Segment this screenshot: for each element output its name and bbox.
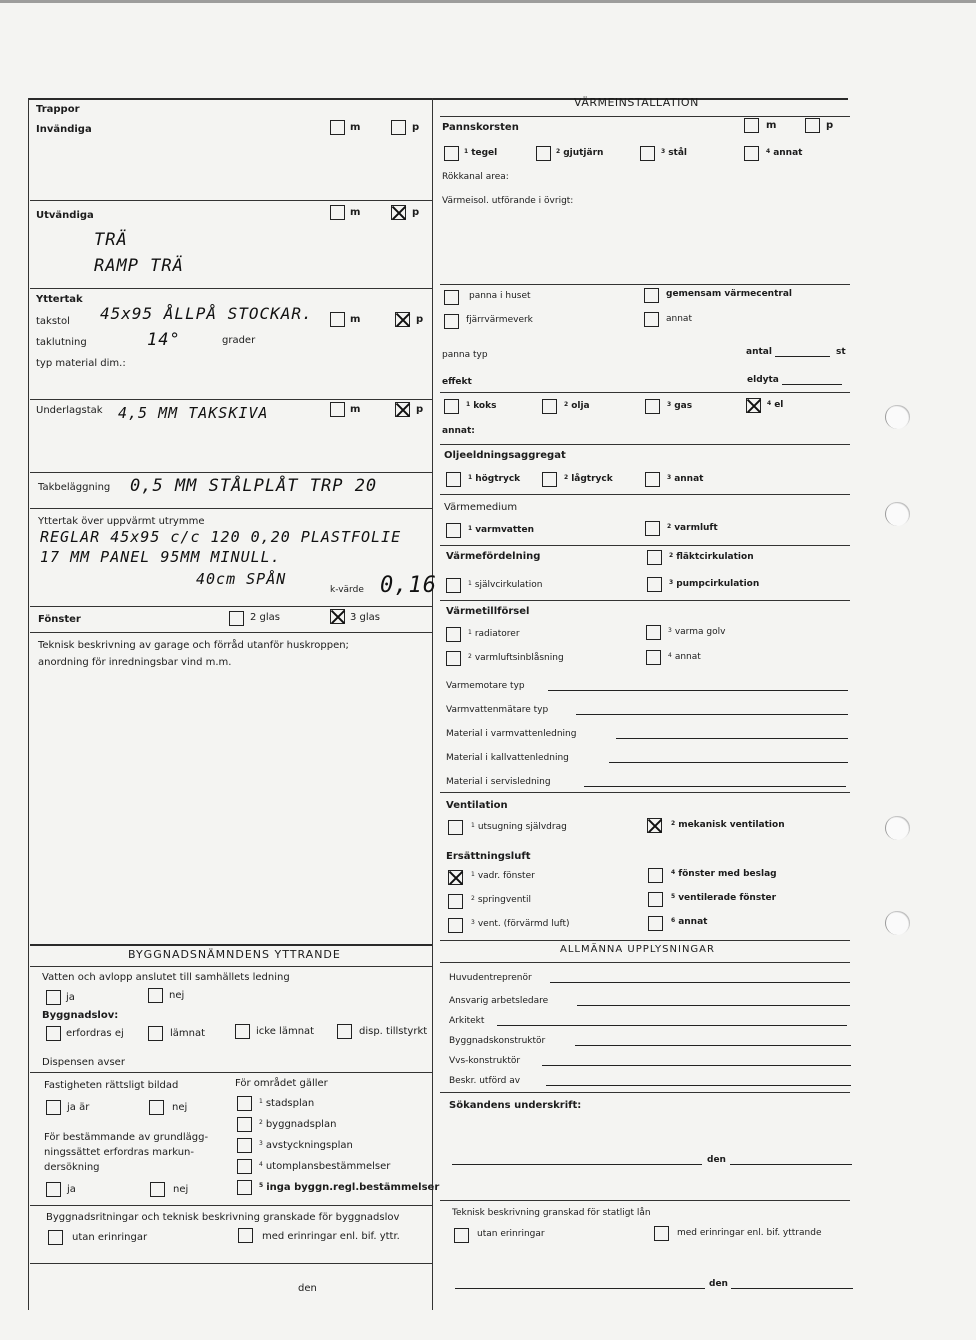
- utvandiga-handwritten-2: RAMP TRÄ: [94, 256, 184, 276]
- utvandiga-handwritten-1: TRÄ: [94, 230, 128, 250]
- eldyta-label: eldyta: [747, 375, 779, 385]
- panna-option-checkbox[interactable]: [444, 290, 459, 305]
- underlagstak-p-label: p: [416, 404, 423, 415]
- bransle-option-checkbox[interactable]: [746, 398, 761, 413]
- omradet-option-checkbox[interactable]: [237, 1117, 252, 1132]
- fonster-label: Fönster: [38, 614, 81, 625]
- scan-top-edge: [0, 0, 976, 3]
- varmefordelning-option-checkbox[interactable]: [647, 577, 662, 592]
- utvandiga-m-label: m: [350, 207, 360, 218]
- panna-option-checkbox[interactable]: [444, 314, 459, 329]
- oljeeldning-option-checkbox[interactable]: [542, 472, 557, 487]
- underskrift-field[interactable]: [452, 1164, 702, 1165]
- underlagstak-value: 4,5 MM TAKSKIVA: [118, 404, 268, 422]
- invandiga-label: Invändiga: [36, 124, 92, 135]
- varmefordelning-option-label: 3pumpcirkulation: [669, 579, 759, 589]
- grund-nej-checkbox[interactable]: [150, 1182, 165, 1197]
- beskr-utford-field[interactable]: [546, 1085, 851, 1086]
- takstol-value: 45x95 ÅLLPÅ STOCKAR.: [100, 304, 313, 323]
- varmetillforsel-option-label: 1radiatorer: [468, 629, 520, 639]
- varmetillforsel-option-label: 2varmluftsinblåsning: [468, 653, 564, 663]
- ersattningsluft-option-checkbox[interactable]: [648, 868, 663, 883]
- ersattningsluft-option-label: 4fönster med beslag: [671, 869, 777, 879]
- bygglov-option-checkbox[interactable]: [46, 1026, 61, 1041]
- underlagstak-label: Underlagstak: [36, 405, 103, 416]
- bransle-option-label: 3gas: [667, 401, 692, 411]
- pannskorsten-option-checkbox[interactable]: [640, 146, 655, 161]
- pannskorsten-option-checkbox[interactable]: [444, 146, 459, 161]
- underlagstak-m-label: m: [350, 404, 360, 415]
- bransle-option-checkbox[interactable]: [645, 399, 660, 414]
- kvarde-value: 0,16: [380, 573, 437, 598]
- pannskorsten-p-label: p: [826, 120, 833, 131]
- divider: [30, 508, 432, 509]
- divider: [30, 288, 432, 289]
- bygglov-option-label: lämnat: [170, 1028, 205, 1039]
- underskrift-date-field[interactable]: [730, 1164, 852, 1165]
- ersattningsluft-option-checkbox[interactable]: [448, 918, 463, 933]
- varmvattenmatare-label: Varmvattenmätare typ: [446, 705, 548, 715]
- yttertak-over-line-2: 17 MM PANEL 95MM MINULL.: [40, 548, 281, 566]
- ventilation-option-label: 1utsugning självdrag: [471, 822, 567, 832]
- ersattningsluft-option-checkbox[interactable]: [648, 916, 663, 931]
- varmemedium-option-checkbox[interactable]: [645, 521, 660, 536]
- divider: [440, 494, 850, 495]
- oljeeldning-option-label: 3annat: [667, 474, 703, 484]
- beskr-utford-label: Beskr. utförd av: [449, 1076, 520, 1086]
- bransle-annat-label: annat:: [442, 426, 475, 436]
- varmemotare-field[interactable]: [548, 690, 848, 691]
- ventilation-option-label: 2mekanisk ventilation: [671, 820, 785, 830]
- fonster-2glas-checkbox[interactable]: [229, 611, 244, 626]
- panna-option-label: gemensam värmecentral: [666, 289, 792, 299]
- underskrift-den-label: den: [707, 1155, 726, 1165]
- grader-label: grader: [222, 335, 255, 346]
- antal-field[interactable]: [775, 356, 830, 357]
- varmefordelning-option-checkbox[interactable]: [647, 550, 662, 565]
- divider: [440, 284, 850, 285]
- typ-material-label: typ material dim.:: [36, 358, 126, 369]
- grund-ja-label: ja: [67, 1184, 76, 1195]
- omradet-option-label: 2byggnadsplan: [259, 1119, 336, 1130]
- underskrift-label: Sökandens underskrift:: [449, 1100, 581, 1111]
- omradet-option-checkbox[interactable]: [237, 1180, 252, 1195]
- invandiga-m-checkbox[interactable]: [330, 120, 345, 135]
- pannskorsten-p-checkbox[interactable]: [805, 118, 820, 133]
- fastigheten-nej-checkbox[interactable]: [149, 1100, 164, 1115]
- varmetillforsel-option-label: 4annat: [668, 652, 701, 662]
- underlagstak-m-checkbox[interactable]: [330, 402, 345, 417]
- byggnadskonstruktor-field[interactable]: [575, 1045, 851, 1046]
- fonster-3glas-label: 3 glas: [350, 612, 380, 623]
- varmvattenledning-field[interactable]: [616, 738, 848, 739]
- statligt-utan-label: utan erinringar: [477, 1229, 545, 1239]
- kallvattenledning-label: Material i kallvattenledning: [446, 753, 569, 763]
- vatten-nej-checkbox[interactable]: [148, 988, 163, 1003]
- vatten-ja-checkbox[interactable]: [46, 990, 61, 1005]
- fastigheten-nej-label: nej: [172, 1102, 187, 1113]
- servisledning-field[interactable]: [584, 786, 846, 787]
- varmetillforsel-option-checkbox[interactable]: [646, 650, 661, 665]
- pannskorsten-option-label: 1tegel: [464, 148, 497, 158]
- bygglov-label: Byggnadslov:: [42, 1010, 118, 1021]
- utvandiga-p-checkbox[interactable]: [391, 205, 406, 220]
- ersattningsluft-option-label: 5ventilerade fönster: [671, 893, 776, 903]
- bransle-option-label: 1koks: [466, 401, 496, 411]
- varmvattenmatare-field[interactable]: [576, 714, 848, 715]
- divider: [30, 1263, 432, 1264]
- bygglov-option-checkbox[interactable]: [337, 1024, 352, 1039]
- oljeeldning-option-label: 1högtryck: [468, 474, 520, 484]
- rokkanal-label: Rökkanal area:: [442, 172, 509, 182]
- grund-nej-label: nej: [173, 1184, 188, 1195]
- panna-option-checkbox[interactable]: [644, 288, 659, 303]
- oljeeldning-option-label: 2lågtryck: [564, 474, 613, 484]
- vvs-konstruktor-label: Vvs-konstruktör: [449, 1056, 520, 1066]
- huvudentreprenor-label: Huvudentreprenör: [449, 973, 532, 983]
- ansvarig-field[interactable]: [577, 1005, 850, 1006]
- varmefordelning-option-label: 2fläktcirkulation: [669, 552, 754, 562]
- divider: [30, 399, 432, 400]
- taklutning-value: 14°: [147, 330, 181, 350]
- punch-hole: [885, 502, 910, 526]
- varmetillforsel-option-checkbox[interactable]: [646, 625, 661, 640]
- ersattningsluft-option-label: 6annat: [671, 917, 707, 927]
- panna-typ-label: panna typ: [442, 350, 488, 360]
- omradet-option-label: 1stadsplan: [259, 1098, 314, 1109]
- panna-option-label: fjärrvärmeverk: [466, 315, 533, 325]
- ventilation-option-checkbox[interactable]: [647, 818, 662, 833]
- taklutning-label: taklutning: [36, 337, 87, 348]
- divider: [440, 600, 850, 601]
- yttertak-title: Yttertak: [36, 294, 83, 305]
- omradet-option-label: 4utomplansbestämmelser: [259, 1161, 390, 1172]
- divider: [30, 472, 432, 473]
- yttertak-p-checkbox[interactable]: [395, 312, 410, 327]
- invandiga-p-label: p: [412, 122, 419, 133]
- ersattningsluft-option-checkbox[interactable]: [448, 870, 463, 885]
- ritningar-med-label: med erinringar enl. bif. yttr.: [262, 1231, 400, 1242]
- takbelaggning-value: 0,5 MM STÅLPLÅT TRP 20: [130, 476, 377, 496]
- panna-option-label: annat: [666, 314, 692, 324]
- statligt-med-label: med erinringar enl. bif. yttrande: [677, 1228, 821, 1238]
- divider: [30, 944, 432, 946]
- statligt-utan-checkbox[interactable]: [454, 1228, 469, 1243]
- divider: [30, 632, 432, 633]
- panna-option-checkbox[interactable]: [644, 312, 659, 327]
- omradet-option-label: 3avstyckningsplan: [259, 1140, 353, 1151]
- varmemedium-option-label: 2varmluft: [667, 523, 718, 533]
- ritningar-label: Byggnadsritningar och teknisk beskrivnin…: [46, 1212, 399, 1223]
- grund-ja-checkbox[interactable]: [46, 1182, 61, 1197]
- fastigheten-ja-checkbox[interactable]: [46, 1100, 61, 1115]
- bygglov-option-label: disp. tillstyrkt: [359, 1026, 427, 1037]
- bransle-option-label: 2olja: [564, 401, 590, 411]
- pannskorsten-option-label: 2gjutjärn: [556, 148, 603, 158]
- byggnadskonstruktor-label: Byggnadskonstruktör: [449, 1036, 545, 1046]
- vvs-konstruktor-field[interactable]: [542, 1065, 851, 1066]
- form-left-border: [28, 98, 29, 1310]
- bransle-option-checkbox[interactable]: [542, 399, 557, 414]
- vatten-ja-label: ja: [66, 992, 75, 1003]
- bygglov-option-checkbox[interactable]: [148, 1026, 163, 1041]
- divider: [440, 792, 850, 793]
- column-divider: [432, 98, 433, 1310]
- statligt-date-field[interactable]: [731, 1288, 853, 1289]
- vatten-nej-label: nej: [169, 990, 184, 1001]
- ersattningsluft-option-checkbox[interactable]: [648, 892, 663, 907]
- invandiga-p-checkbox[interactable]: [391, 120, 406, 135]
- servisledning-label: Material i servisledning: [446, 777, 551, 787]
- kallvattenledning-field[interactable]: [609, 762, 848, 763]
- statligt-den-label: den: [709, 1279, 728, 1289]
- ritningar-utan-checkbox[interactable]: [48, 1230, 63, 1245]
- varmetillforsel-label: Värmetillförsel: [446, 606, 529, 617]
- fastigheten-label: Fastigheten rättsligt bildad: [44, 1080, 178, 1091]
- ritningar-den-label: den: [298, 1283, 317, 1294]
- oljeeldning-option-checkbox[interactable]: [645, 472, 660, 487]
- divider: [440, 1200, 850, 1201]
- varmemedium-label: Värmemedium: [444, 502, 517, 513]
- divider: [30, 1205, 432, 1206]
- invandiga-m-label: m: [350, 122, 360, 133]
- varmemedium-option-checkbox[interactable]: [446, 523, 461, 538]
- punch-hole: [885, 405, 910, 429]
- omradet-option-checkbox[interactable]: [237, 1096, 252, 1111]
- varmetillforsel-option-checkbox[interactable]: [446, 651, 461, 666]
- antal-label: antal: [746, 347, 772, 357]
- ersattningsluft-label: Ersättningsluft: [446, 851, 530, 862]
- fonster-3glas-checkbox[interactable]: [330, 609, 345, 624]
- pannskorsten-option-label: 3stål: [661, 148, 687, 158]
- yttertak-over-line-1: REGLAR 45x95 c/c 120 0,20 PLASTFOLIE: [40, 528, 401, 546]
- yttertak-m-label: m: [350, 314, 360, 325]
- omradet-option-checkbox[interactable]: [237, 1138, 252, 1153]
- st-label: st: [836, 347, 846, 357]
- arkitekt-field[interactable]: [497, 1025, 847, 1026]
- bygglov-option-label: erfordras ej: [66, 1028, 124, 1039]
- ersattningsluft-option-label: 3vent. (förvärmd luft): [471, 919, 570, 929]
- varmemedium-option-label: 1varmvatten: [468, 525, 534, 535]
- fastigheten-ja-label: ja är: [67, 1102, 89, 1113]
- varmeisol-label: Värmeisol. utförande i övrigt:: [442, 196, 573, 206]
- varmemotare-label: Varmemotare typ: [446, 681, 525, 691]
- yttertak-p-label: p: [416, 314, 423, 325]
- kvarde-label: k-värde: [330, 585, 364, 595]
- utvandiga-m-checkbox[interactable]: [330, 205, 345, 220]
- pannskorsten-option-label: 4annat: [766, 148, 802, 158]
- divider: [440, 940, 850, 941]
- varmeinstallation-title: VÄRMEINSTALLATION: [574, 96, 699, 109]
- varmetillforsel-option-checkbox[interactable]: [446, 627, 461, 642]
- divider: [30, 966, 432, 967]
- utvandiga-label: Utvändiga: [36, 210, 94, 221]
- ritningar-med-checkbox[interactable]: [238, 1228, 253, 1243]
- grund-line-3: dersökning: [44, 1162, 100, 1173]
- takstol-label: takstol: [36, 316, 70, 327]
- varmetillforsel-option-label: 3varma golv: [668, 627, 725, 637]
- bygglov-option-checkbox[interactable]: [235, 1024, 250, 1039]
- pannskorsten-m-checkbox[interactable]: [744, 118, 759, 133]
- pannskorsten-option-checkbox[interactable]: [744, 146, 759, 161]
- varmvattenledning-label: Material i varmvattenledning: [446, 729, 576, 739]
- ansvarig-label: Ansvarig arbetsledare: [449, 996, 548, 1006]
- yttertak-over-line-3: 40cm SPÅN: [196, 570, 286, 588]
- utvandiga-p-label: p: [412, 207, 419, 218]
- teknisk-line-2: anordning för inredningsbar vind m.m.: [38, 657, 231, 668]
- yttertak-over-label: Yttertak över uppvärmt utrymme: [38, 516, 205, 527]
- varmefordelning-label: Värmefördelning: [446, 551, 540, 562]
- panna-option-label: panna i huset: [466, 291, 531, 301]
- grund-line-1: För bestämmande av grundlägg-: [44, 1132, 208, 1143]
- pannskorsten-m-label: m: [766, 120, 776, 131]
- omradet-option-label: 5inga byggn.regl.bestämmelser: [259, 1182, 439, 1193]
- effekt-label: effekt: [442, 377, 472, 387]
- varmefordelning-option-checkbox[interactable]: [446, 578, 461, 593]
- divider: [440, 392, 850, 393]
- divider: [440, 1092, 850, 1093]
- teknisk-line-1: Teknisk beskrivning av garage och förråd…: [38, 640, 349, 651]
- bygglov-option-label: icke lämnat: [256, 1026, 314, 1037]
- divider: [440, 962, 850, 963]
- statligt-med-checkbox[interactable]: [654, 1226, 669, 1241]
- omradet-label: För området gäller: [235, 1078, 328, 1089]
- bransle-option-label: 4el: [767, 400, 783, 410]
- bransle-option-checkbox[interactable]: [444, 399, 459, 414]
- statligt-label: Teknisk beskrivning granskad för statlig…: [452, 1208, 651, 1218]
- huvudentreprenor-field[interactable]: [550, 982, 850, 983]
- varmefordelning-option-label: 1självcirkulation: [468, 580, 542, 590]
- eldyta-field[interactable]: [782, 384, 842, 385]
- ventilation-label: Ventilation: [446, 800, 508, 811]
- ersattningsluft-option-checkbox[interactable]: [448, 894, 463, 909]
- byggnadsnamnd-title: BYGGNADSNÄMNDENS YTTRANDE: [128, 948, 341, 961]
- allmanna-title: ALLMÄNNA UPPLYSNINGAR: [560, 944, 715, 955]
- divider: [30, 606, 432, 607]
- form-top-border: [28, 98, 848, 100]
- punch-hole: [885, 816, 910, 840]
- statligt-signature-field[interactable]: [455, 1288, 705, 1289]
- underlagstak-p-checkbox[interactable]: [395, 402, 410, 417]
- punch-hole: [885, 911, 910, 935]
- grund-line-2: ningssättet erfordras markun-: [44, 1147, 194, 1158]
- divider: [30, 1072, 432, 1073]
- divider: [440, 545, 850, 546]
- ersattningsluft-option-label: 2springventil: [471, 895, 531, 905]
- ventilation-option-checkbox[interactable]: [448, 820, 463, 835]
- divider: [440, 444, 850, 445]
- oljeeldning-option-checkbox[interactable]: [446, 472, 461, 487]
- divider: [440, 116, 850, 117]
- yttertak-m-checkbox[interactable]: [330, 312, 345, 327]
- omradet-option-checkbox[interactable]: [237, 1159, 252, 1174]
- ritningar-utan-label: utan erinringar: [72, 1232, 147, 1243]
- arkitekt-label: Arkitekt: [449, 1016, 484, 1026]
- oljeeldning-label: Oljeeldningsaggregat: [444, 450, 566, 461]
- pannskorsten-label: Pannskorsten: [442, 122, 519, 133]
- trappor-title: Trappor: [36, 104, 80, 115]
- ersattningsluft-option-label: 1vadr. fönster: [471, 871, 535, 881]
- dispens-label: Dispensen avser: [42, 1057, 125, 1068]
- takbelaggning-label: Takbeläggning: [38, 482, 110, 493]
- fonster-2glas-label: 2 glas: [250, 612, 280, 623]
- divider: [30, 200, 432, 201]
- pannskorsten-option-checkbox[interactable]: [536, 146, 551, 161]
- vatten-label: Vatten och avlopp anslutet till samhälle…: [42, 972, 290, 983]
